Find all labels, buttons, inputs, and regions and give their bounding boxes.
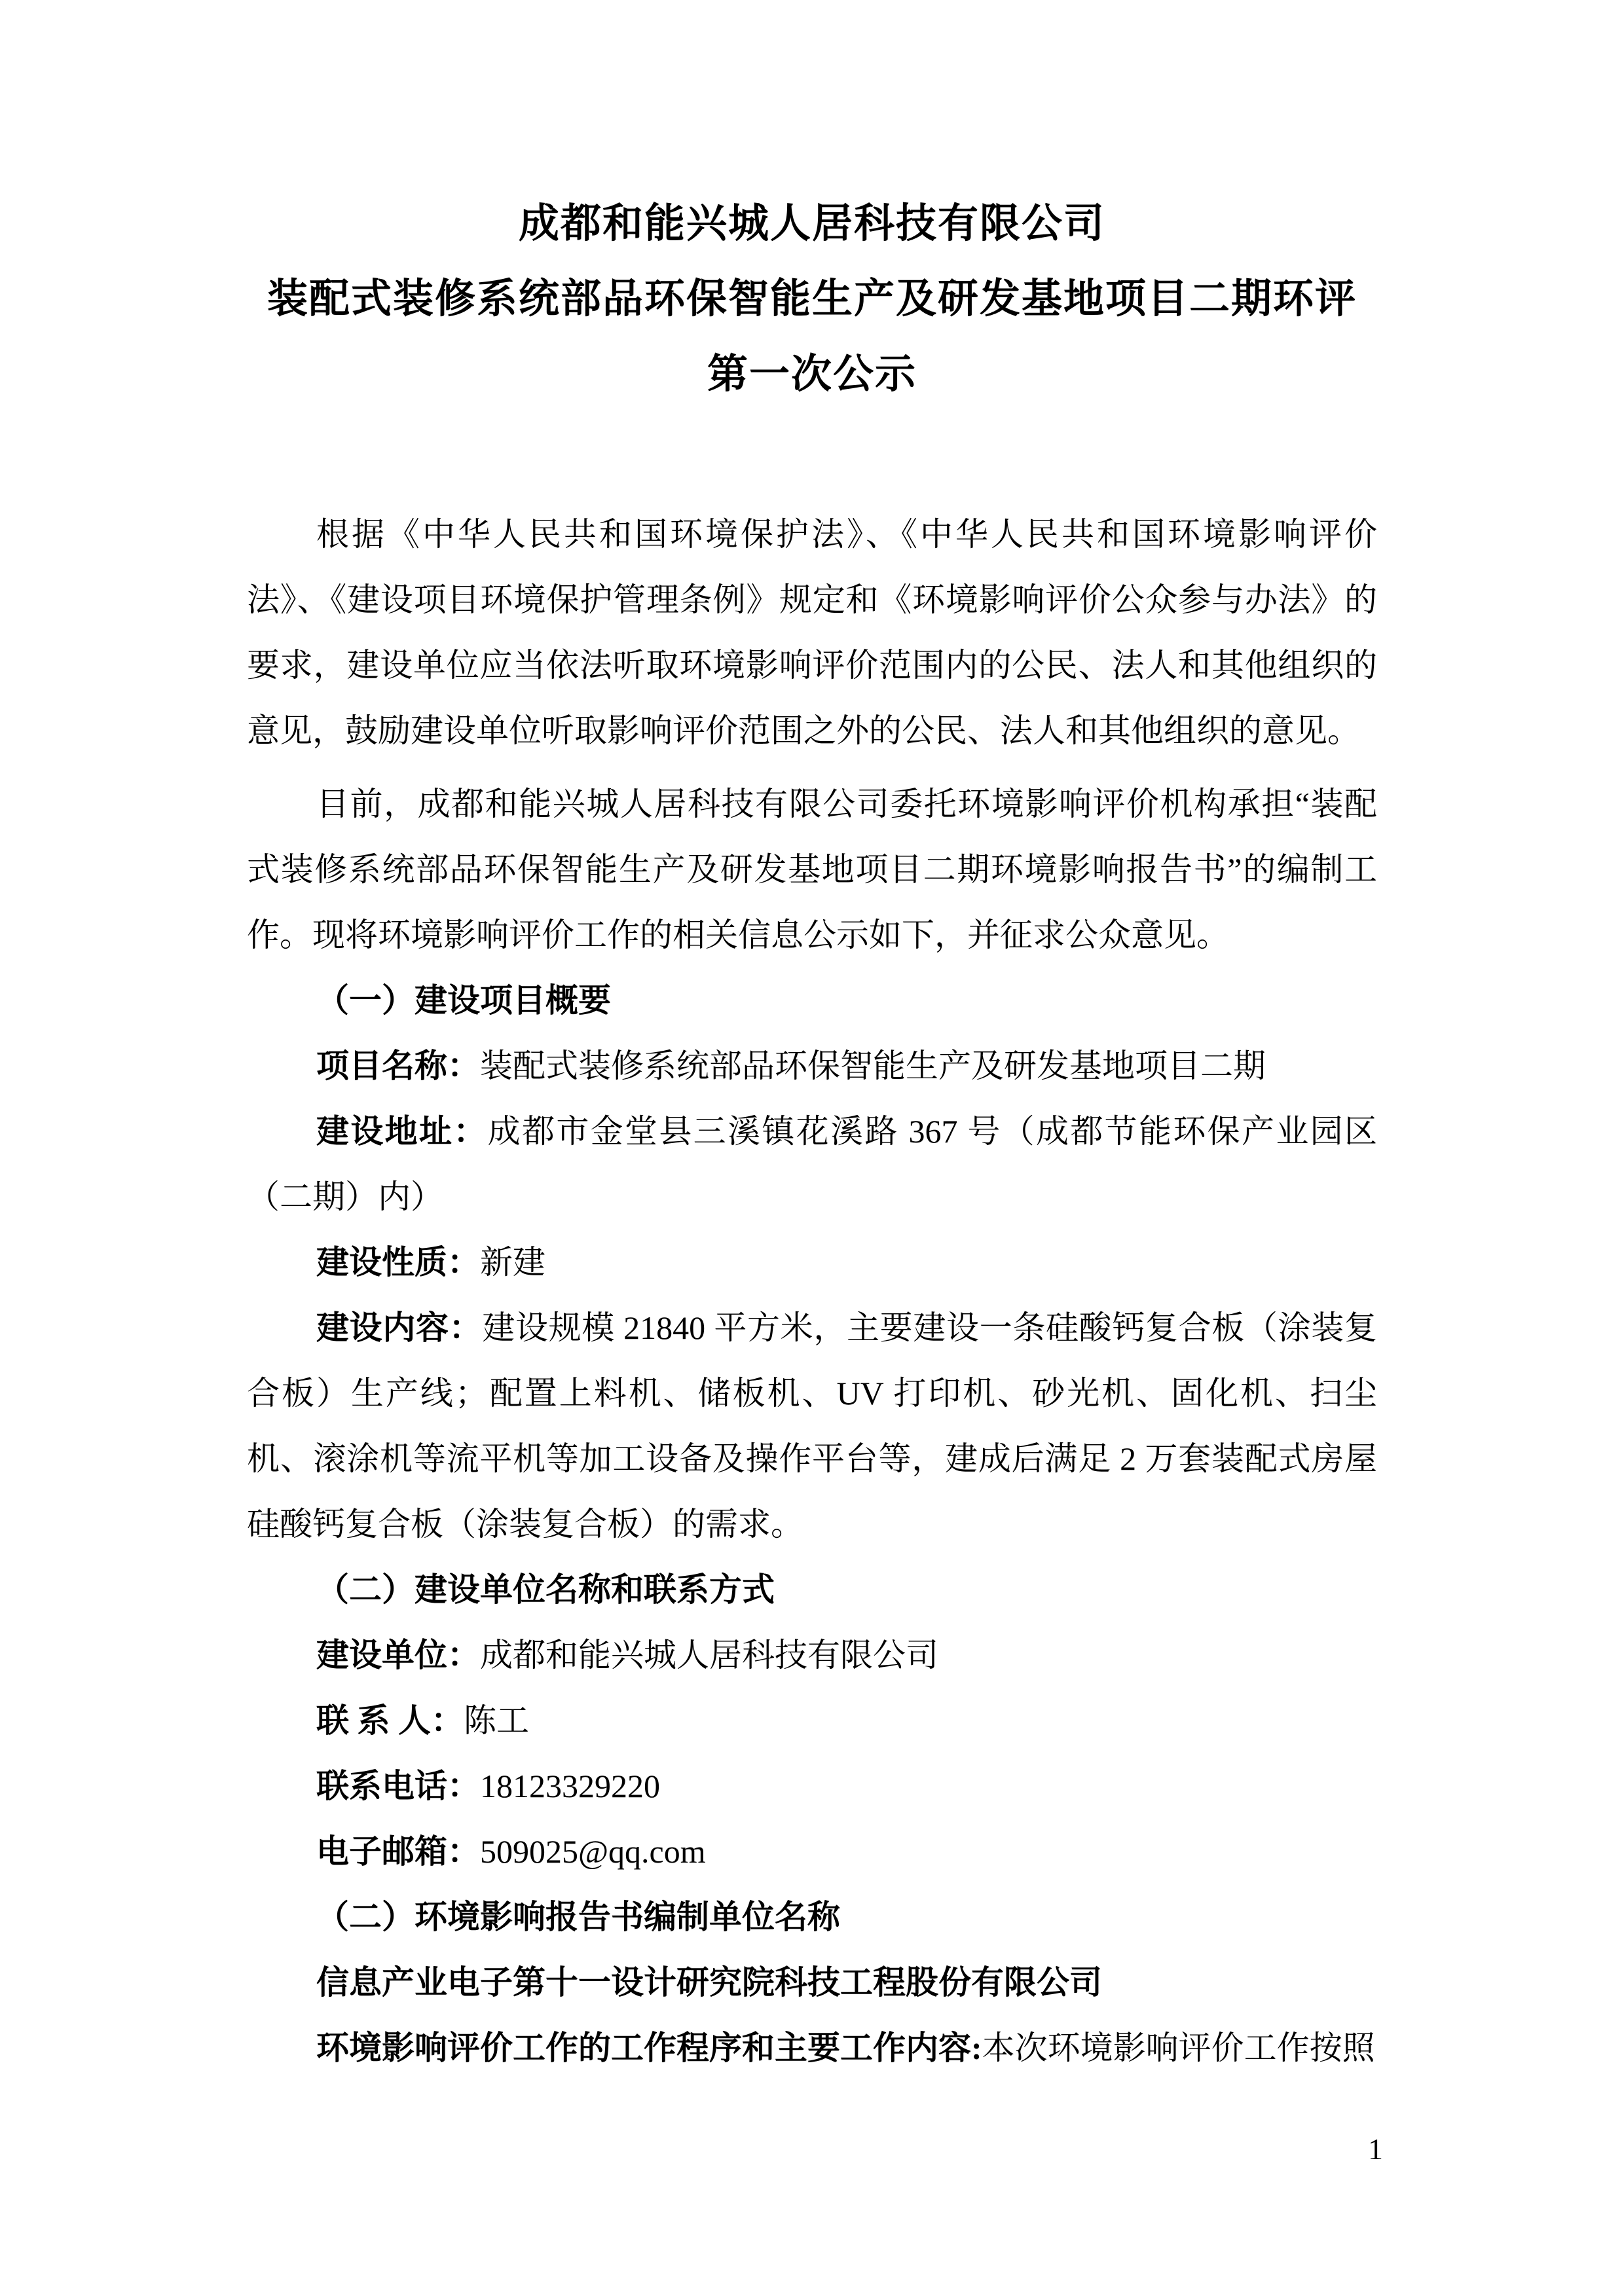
document-title-block: 成都和能兴城人居科技有限公司 装配式装修系统部品环保智能生产及研发基地项目二期环…: [247, 187, 1377, 412]
eia-procedure-text: 本次环境影响评价工作按照: [982, 2030, 1375, 2066]
contact-phone-value: 18123329220: [480, 1768, 660, 1804]
section3-heading: （二）环境影响报告书编制单位名称: [247, 1884, 1377, 1950]
construction-unit-row: 建设单位：成都和能兴城人居科技有限公司: [247, 1622, 1377, 1688]
contact-person-row: 联 系 人：陈工: [247, 1688, 1377, 1753]
document-body: 根据《中华人民共和国环境保护法》、《中华人民共和国环境影响评价法》、《建设项目环…: [247, 501, 1377, 2081]
eia-procedure-label: 环境影响评价工作的工作程序和主要工作内容:: [316, 2030, 982, 2066]
contact-email-row: 电子邮箱：509025@qq.com: [247, 1819, 1377, 1884]
contact-person-value: 陈工: [464, 1702, 529, 1739]
project-name-value: 装配式装修系统部品环保智能生产及研发基地项目二期: [480, 1048, 1266, 1084]
construction-nature-row: 建设性质：新建: [247, 1230, 1377, 1295]
eia-preparation-company: 信息产业电子第十一设计研究院科技工程股份有限公司: [247, 1950, 1377, 2015]
project-name-label: 项目名称：: [316, 1048, 480, 1084]
title-notice-type: 第一次公示: [247, 337, 1377, 412]
construction-address-label: 建设地址：: [316, 1113, 488, 1150]
contact-phone-row: 联系电话：18123329220: [247, 1753, 1377, 1819]
construction-nature-value: 新建: [480, 1244, 545, 1281]
section2-heading: （二）建设单位名称和联系方式: [247, 1557, 1377, 1622]
project-name-row: 项目名称：装配式装修系统部品环保智能生产及研发基地项目二期: [247, 1033, 1377, 1099]
construction-content-row: 建设内容：建设规模 21840 平方米，主要建设一条硅酸钙复合板（涂装复合板）生…: [247, 1295, 1377, 1557]
intro-paragraph-legal-basis: 根据《中华人民共和国环境保护法》、《中华人民共和国环境影响评价法》、《建设项目环…: [247, 501, 1377, 763]
contact-person-label: 联 系 人：: [316, 1702, 464, 1739]
document-page: 成都和能兴城人居科技有限公司 装配式装修系统部品环保智能生产及研发基地项目二期环…: [0, 0, 1624, 2296]
construction-content-label: 建设内容：: [316, 1309, 482, 1346]
intro-paragraph-current-status: 目前，成都和能兴城人居科技有限公司委托环境影响评价机构承担“装配式装修系统部品环…: [247, 771, 1377, 968]
eia-procedure-row: 环境影响评价工作的工作程序和主要工作内容:本次环境影响评价工作按照: [247, 2015, 1377, 2081]
contact-email-label: 电子邮箱：: [316, 1833, 480, 1870]
construction-nature-label: 建设性质：: [316, 1244, 480, 1281]
section1-heading: （一）建设项目概要: [247, 968, 1377, 1033]
contact-phone-label: 联系电话：: [316, 1768, 480, 1804]
page-number: 1: [1368, 2133, 1383, 2166]
contact-email-value: 509025@qq.com: [480, 1833, 706, 1870]
construction-address-row: 建设地址：成都市金堂县三溪镇花溪路 367 号（成都节能环保产业园区（二期）内）: [247, 1099, 1377, 1230]
construction-unit-label: 建设单位：: [316, 1637, 480, 1673]
title-company-name: 成都和能兴城人居科技有限公司: [247, 187, 1377, 262]
title-project-name: 装配式装修系统部品环保智能生产及研发基地项目二期环评: [247, 262, 1377, 337]
construction-unit-value: 成都和能兴城人居科技有限公司: [480, 1637, 938, 1673]
